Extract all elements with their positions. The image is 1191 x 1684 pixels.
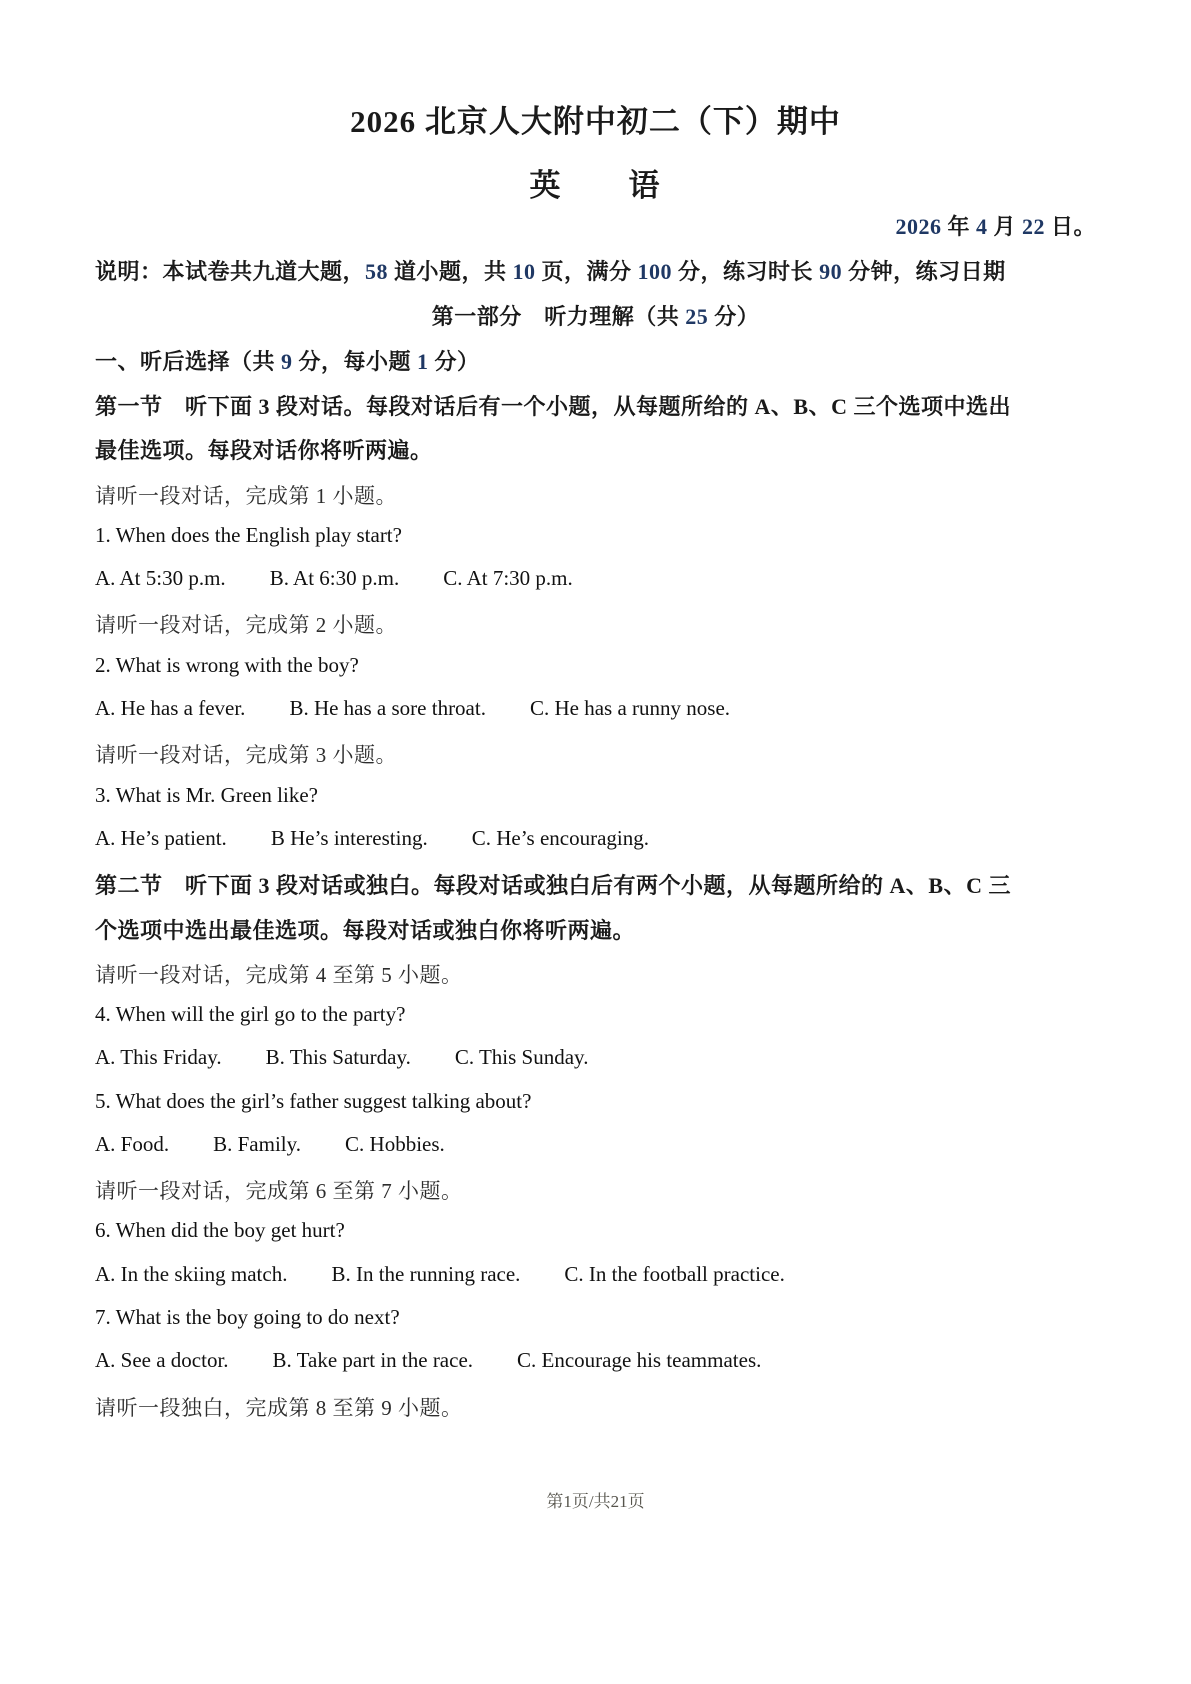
section1-heading-text: 分，每小题 [293,349,418,374]
question-text: 6. When did the boy get hurt? [95,1218,345,1242]
page-number-label: 第1页/共21页 [546,1492,644,1511]
note-text: 道小题，共 [388,259,513,284]
question-7-options: A. See a doctor.B. Take part in the race… [95,1348,1096,1373]
subsection1-instructions-line2: 最佳选项。每段对话你将听两遍。 [95,434,1096,465]
option-a: A. This Friday. [95,1045,222,1070]
question-6-options: A. In the skiing match.B. In the running… [95,1262,1096,1287]
option-c: C. At 7:30 p.m. [443,566,573,591]
listening-prompt-text: 请听一段独白，完成第 8 至第 9 小题。 [95,1396,463,1420]
question-5-text: 5. What does the girl’s father suggest t… [95,1089,1096,1114]
option-b: B. This Saturday. [266,1045,411,1070]
note-num-pages: 10 [513,259,536,284]
option-a: A. At 5:30 p.m. [95,566,226,591]
section1-heading: 一、听后选择（共 9 分，每小题 1 分） [95,345,1096,376]
option-b: B. Take part in the race. [273,1348,473,1373]
date-year-suffix: 年 [941,214,976,239]
listening-prompt-2: 请听一段对话，完成第 2 小题。 [95,609,1096,639]
option-c: C. Encourage his teammates. [517,1348,761,1373]
option-b: B He’s interesting. [271,826,428,851]
option-c: C. This Sunday. [455,1045,589,1070]
option-b: B. Family. [213,1132,301,1157]
page-footer: 第1页/共21页 [95,1487,1096,1512]
subsection1-instructions-line1: 第一节 听下面 3 段对话。每段对话后有一个小题，从每题所给的 A、B、C 三个… [95,390,1096,421]
note-text: 分钟，练习日期 [842,259,1006,284]
subsection2-text: 第二节 听下面 3 段对话或独白。每段对话或独白后有两个小题，从每题所给的 A、… [95,873,1011,898]
note-text: 分，练习时长 [672,259,819,284]
part1-heading-score: 25 [685,304,708,329]
exam-paper-page: 2026 北京人大附中初二（下）期中 英 语 2026 年 4 月 22 日。 … [0,0,1191,1684]
date-month: 4 [976,214,988,239]
note-num-questions-small: 58 [365,259,388,284]
question-7-text: 7. What is the boy going to do next? [95,1305,1096,1330]
question-6-text: 6. When did the boy get hurt? [95,1218,1096,1243]
question-1-options: A. At 5:30 p.m.B. At 6:30 p.m.C. At 7:30… [95,566,1096,591]
question-text: 1. When does the English play start? [95,523,402,547]
question-text: 3. What is Mr. Green like? [95,783,318,807]
listening-prompt-text: 请听一段对话，完成第 4 至第 5 小题。 [95,963,463,987]
option-a: A. He has a fever. [95,696,245,721]
date-day-suffix: 日。 [1045,214,1096,239]
option-a: A. In the skiing match. [95,1262,287,1287]
section1-heading-score: 9 [281,349,293,374]
question-4-options: A. This Friday.B. This Saturday.C. This … [95,1045,1096,1070]
part1-heading-text: 分） [708,304,759,329]
listening-prompt-text: 请听一段对话，完成第 3 小题。 [95,743,397,767]
option-a: A. Food. [95,1132,169,1157]
question-5-options: A. Food.B. Family.C. Hobbies. [95,1132,1096,1157]
subsection2-instructions-line1: 第二节 听下面 3 段对话或独白。每段对话或独白后有两个小题，从每题所给的 A、… [95,869,1096,900]
part1-heading: 第一部分 听力理解（共 25 分） [95,300,1096,331]
listening-prompt-text: 请听一段对话，完成第 6 至第 7 小题。 [95,1179,463,1203]
page-title: 2026 北京人大附中初二（下）期中 [95,96,1096,141]
page-title-text: 2026 北京人大附中初二（下）期中 [350,104,841,139]
exam-date: 2026 年 4 月 22 日。 [95,210,1096,241]
option-c: C. He’s encouraging. [472,826,649,851]
option-c: C. In the football practice. [564,1262,784,1287]
option-b: B. In the running race. [331,1262,520,1287]
question-text: 5. What does the girl’s father suggest t… [95,1089,531,1113]
note-text: 说明：本试卷共九道大题， [95,259,365,284]
subsection2-instructions-line2: 个选项中选出最佳选项。每段对话或独白你将听两遍。 [95,914,1096,945]
question-3-options: A. He’s patient.B He’s interesting.C. He… [95,826,1096,851]
date-year: 2026 [895,214,941,239]
question-2-options: A. He has a fever.B. He has a sore throa… [95,696,1096,721]
option-a: A. See a doctor. [95,1348,229,1373]
question-4-text: 4. When will the girl go to the party? [95,1002,1096,1027]
section1-heading-text: 分） [429,349,480,374]
question-text: 4. When will the girl go to the party? [95,1002,405,1026]
note-text: 页，满分 [536,259,638,284]
note-num-minutes: 90 [819,259,842,284]
note-num-score: 100 [638,259,673,284]
listening-prompt-6: 请听一段独白，完成第 8 至第 9 小题。 [95,1392,1096,1422]
listening-prompt-3: 请听一段对话，完成第 3 小题。 [95,739,1096,769]
subsection2-text: 个选项中选出最佳选项。每段对话或独白你将听两遍。 [95,918,635,943]
subject-title-text: 英 语 [530,168,662,203]
section1-heading-text: 一、听后选择（共 [95,349,281,374]
listening-prompt-text: 请听一段对话，完成第 1 小题。 [95,484,397,508]
question-text: 2. What is wrong with the boy? [95,653,359,677]
listening-prompt-4: 请听一段对话，完成第 4 至第 5 小题。 [95,959,1096,989]
option-c: C. Hobbies. [345,1132,445,1157]
question-2-text: 2. What is wrong with the boy? [95,653,1096,678]
listening-prompt-5: 请听一段对话，完成第 6 至第 7 小题。 [95,1175,1096,1205]
date-day: 22 [1022,214,1045,239]
subject-title: 英 语 [95,160,1096,205]
question-1-text: 1. When does the English play start? [95,523,1096,548]
question-3-text: 3. What is Mr. Green like? [95,783,1096,808]
option-a: A. He’s patient. [95,826,227,851]
option-b: B. At 6:30 p.m. [270,566,400,591]
exam-note: 说明：本试卷共九道大题，58 道小题，共 10 页，满分 100 分，练习时长 … [95,255,1096,286]
option-b: B. He has a sore throat. [289,696,486,721]
date-month-suffix: 月 [987,214,1022,239]
subsection1-text: 最佳选项。每段对话你将听两遍。 [95,438,433,463]
section1-heading-per-item: 1 [417,349,429,374]
question-text: 7. What is the boy going to do next? [95,1305,400,1329]
part1-heading-text: 第一部分 听力理解（共 [432,304,686,329]
listening-prompt-1: 请听一段对话，完成第 1 小题。 [95,480,1096,510]
option-c: C. He has a runny nose. [530,696,730,721]
listening-prompt-text: 请听一段对话，完成第 2 小题。 [95,613,397,637]
subsection1-text: 第一节 听下面 3 段对话。每段对话后有一个小题，从每题所给的 A、B、C 三个… [95,394,1011,419]
